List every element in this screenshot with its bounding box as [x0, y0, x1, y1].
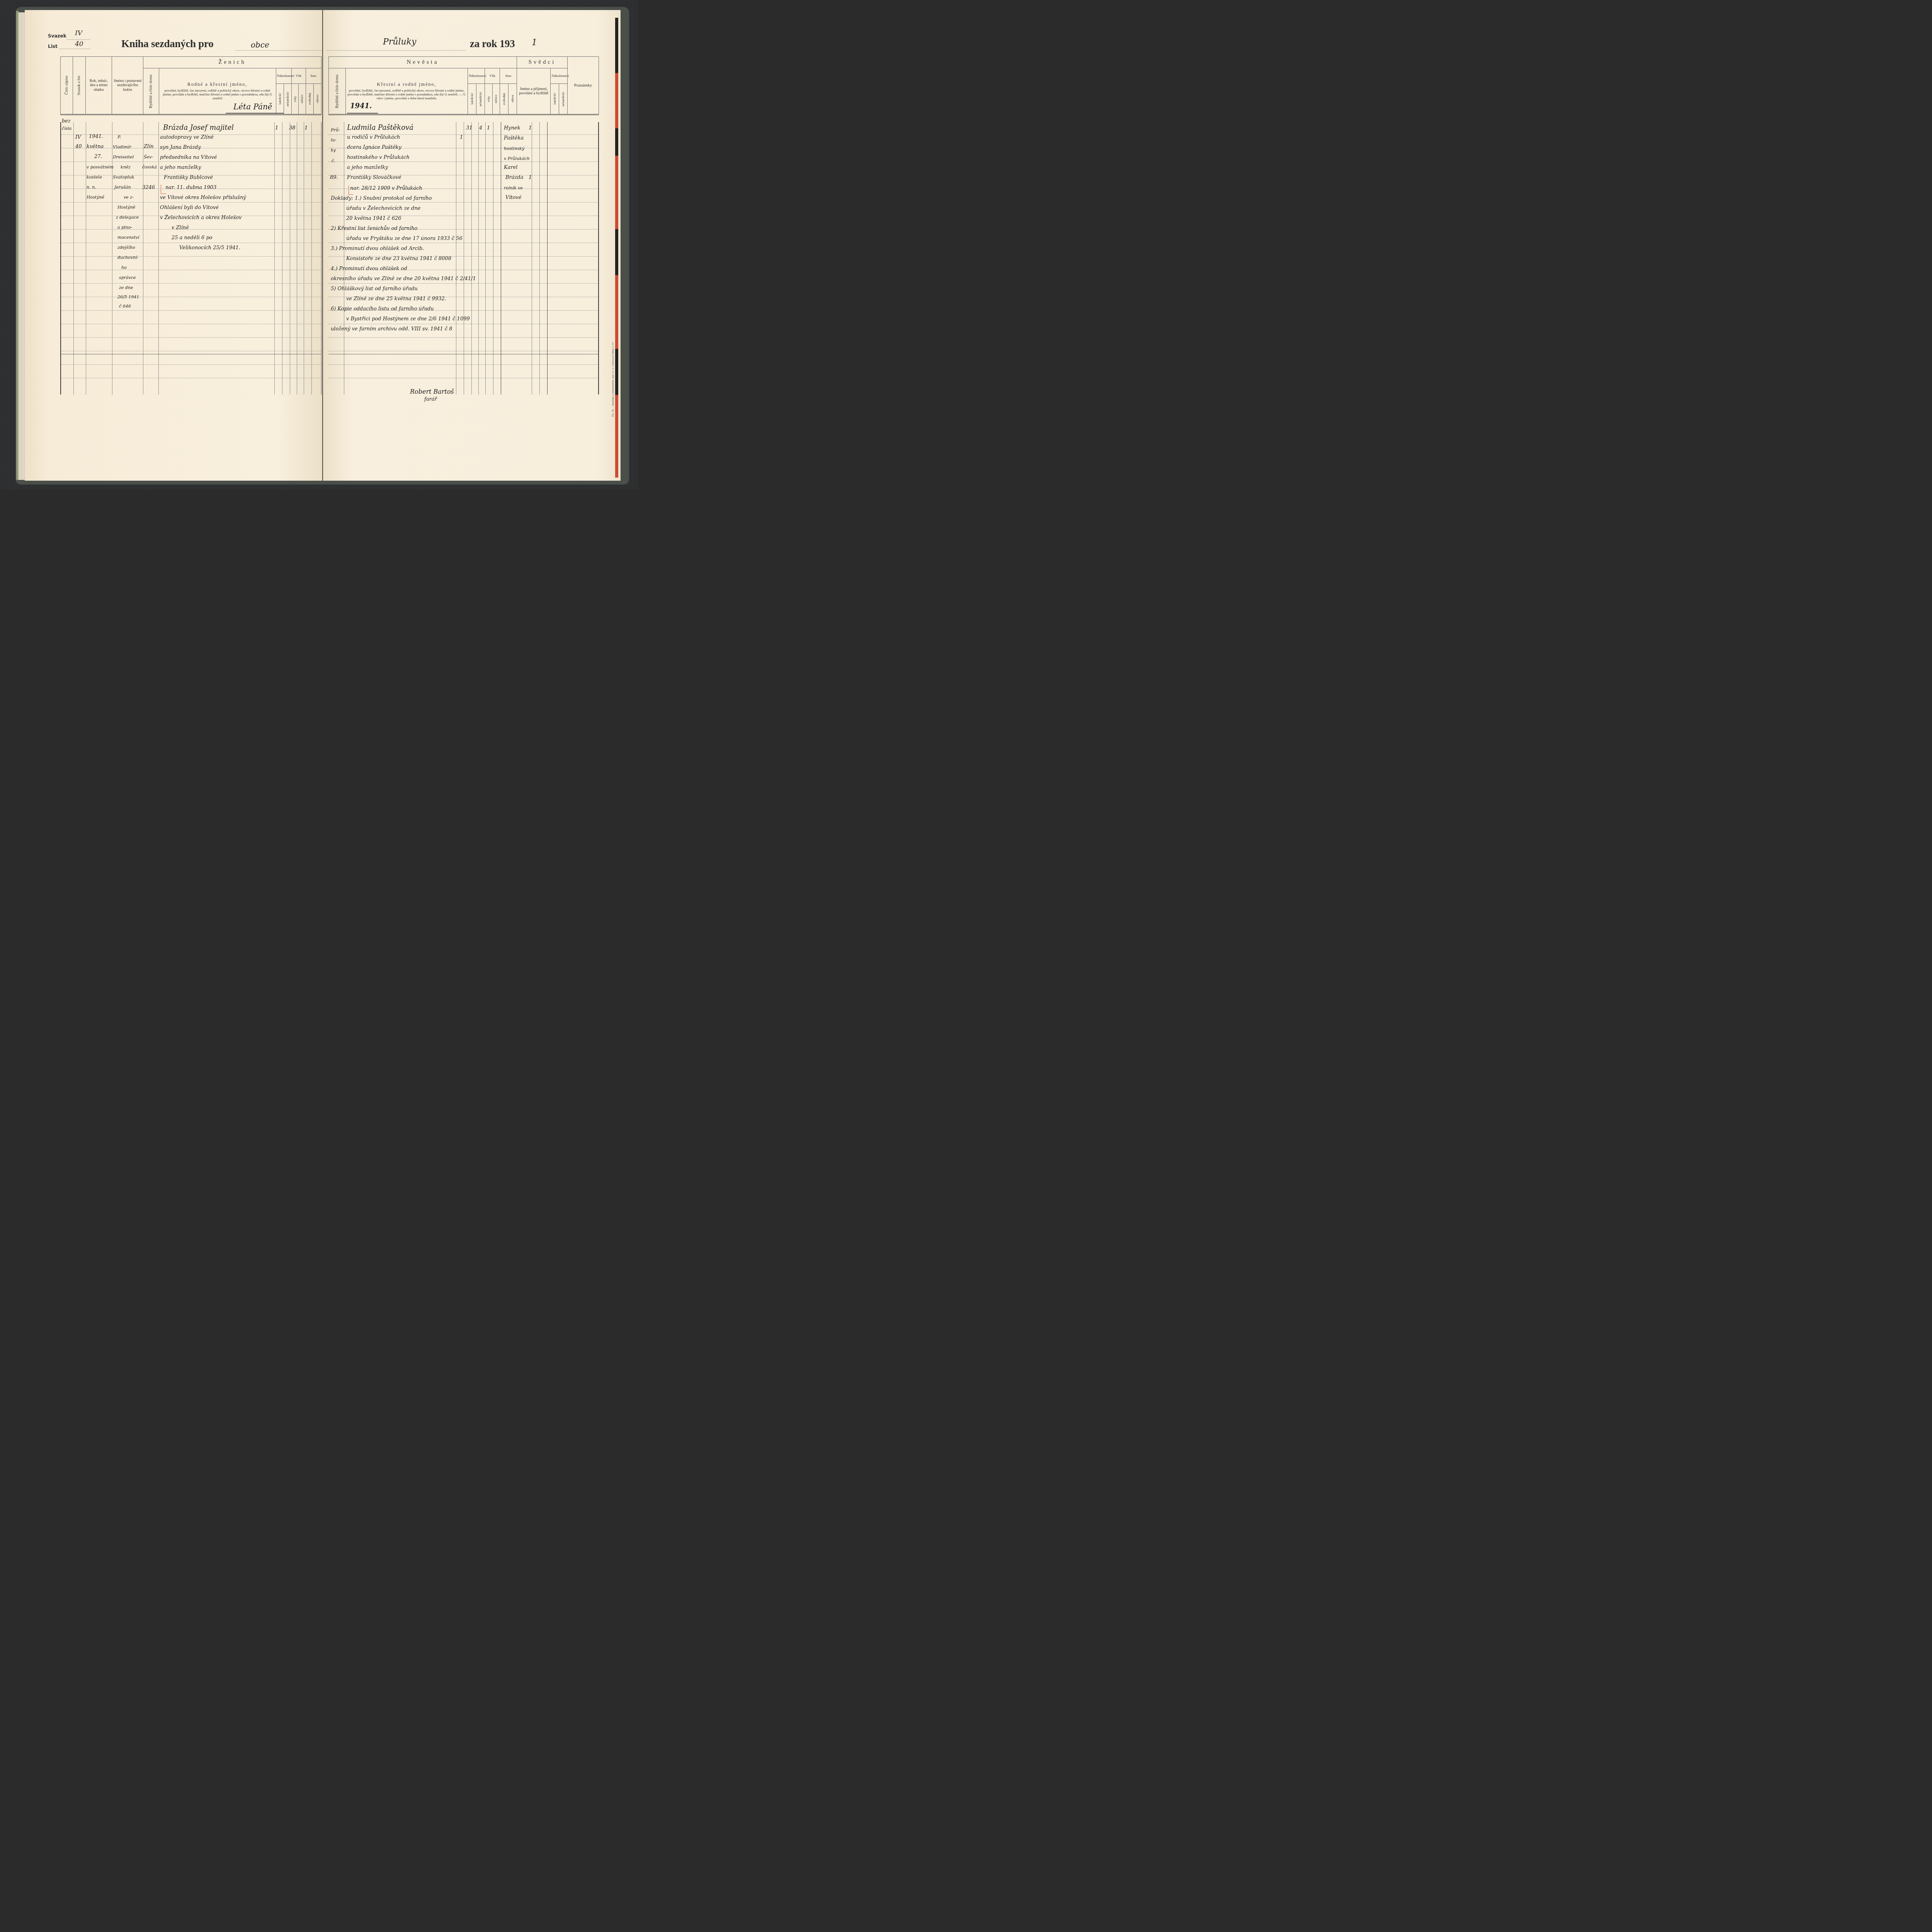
entry-svazek: IV	[75, 134, 81, 140]
col-bride-katolicke: katolické	[468, 84, 476, 115]
year-label: za rok 193	[470, 38, 515, 50]
col-bride-vek: Věk	[485, 68, 500, 84]
svazek-dots	[67, 39, 90, 40]
witness-1-katolicke: 1	[529, 125, 532, 131]
col-vdovec: vdovec	[313, 84, 321, 115]
col-bride-nekatolicke: nekatolické	[476, 84, 485, 115]
right-page: Průluky za rok 193 1 Nevěsta Svědci Pozn…	[323, 10, 621, 481]
list-label: List	[48, 44, 58, 49]
col-rok-mesic: Rok, měsíc, den a místo sňatku	[85, 57, 112, 115]
witness-2-katolicke: 1	[529, 175, 532, 180]
groom-table-header: Číslo zápisu Svazek a list Rok, měsíc, d…	[60, 56, 321, 115]
list-value: 40	[75, 40, 83, 48]
col-svedci-nabozenstvi: Náboženství	[551, 68, 568, 84]
col-svobodna: svobodná	[500, 84, 509, 115]
col-svedci-jmeno: Jméno a příjmení, povolání a bydliště	[517, 68, 551, 115]
year-fill: 1	[532, 38, 537, 48]
col-svedci-katolicke: katolické	[551, 84, 559, 115]
bride-svobodna: 1	[487, 125, 490, 131]
title-dots	[235, 50, 322, 51]
title-fill-obce: obce	[251, 40, 269, 49]
col-svobodny: svobodný	[306, 84, 313, 115]
col-cislo-zapisu: Číslo zápisu	[61, 57, 73, 115]
col-bydliste: Bydliště a číslo domu	[143, 68, 159, 115]
col-bride-nabozenstvi: Náboženství	[468, 68, 485, 84]
bride-katolicke: 1	[460, 134, 463, 140]
groom-svobodny: 1	[304, 125, 308, 131]
col-jmeno-knez: Jméno i postavení sezdávajícího kněze	[112, 57, 143, 115]
col-nabozenstvi: Náboženství	[276, 68, 291, 84]
col-svedci-nekatolicke: nekatolické	[559, 84, 568, 115]
groom-age-years: 38	[289, 125, 296, 131]
index-tabs	[615, 18, 618, 478]
open-book: Svazek IV List 40 Kniha sezdaných pro ob…	[15, 7, 629, 485]
entry-list: 40	[75, 144, 82, 150]
svazek-label: Svazek	[48, 33, 66, 39]
svazek-value: IV	[75, 29, 82, 37]
section-zenich: Ženich	[143, 57, 321, 68]
col-mesice: měsíce	[299, 84, 306, 115]
col-nekatolicke: nekatolické	[284, 84, 291, 115]
list-dots	[60, 49, 90, 49]
bride-age-months: 4	[479, 125, 482, 131]
entry-closing-line-right	[328, 354, 598, 354]
col-bride-stav: Stav	[500, 68, 517, 84]
place-dots	[327, 50, 466, 51]
col-poznamky: Poznámky	[568, 57, 599, 115]
col-roky: roky	[292, 84, 299, 115]
printer-imprint: Čís. 35 … tiskařské a nakladatelské, spo…	[612, 342, 614, 417]
entry-closing-line	[61, 354, 321, 354]
groom-katolicke: 1	[275, 125, 278, 131]
col-bride-bydliste: Bydliště a číslo domu	[329, 68, 346, 115]
year-underline	[347, 113, 378, 114]
margin-note-1: bez	[62, 118, 71, 124]
col-bride-roky: roky	[485, 84, 493, 115]
left-page: Svazek IV List 40 Kniha sezdaných pro ob…	[25, 10, 322, 481]
heading-leta-pane: Léta Páně	[233, 102, 272, 111]
red-bracket-mark	[161, 185, 166, 194]
col-bride-mesice: měsíce	[492, 84, 500, 115]
bride-age-years: 31	[466, 125, 473, 131]
title-fill-place: Průluky	[383, 37, 416, 47]
year-heading: 1941.	[350, 102, 372, 110]
bride-name: Ludmila Paštěková	[347, 124, 413, 132]
margin-note-2: čísla	[62, 126, 71, 131]
col-katolicke: katolické	[276, 84, 284, 115]
red-bracket-mark-right	[349, 185, 353, 195]
register-title: Kniha sezdaných pro	[121, 38, 213, 50]
section-nevesta: Nevěsta	[329, 57, 517, 68]
groom-table-body	[60, 122, 321, 395]
col-stav: Stav	[306, 68, 321, 84]
col-vdova: vdova	[509, 84, 517, 115]
groom-name: Brázda Josef majitel	[163, 124, 234, 132]
heading-underline	[226, 113, 284, 114]
section-svedci: Svědci	[517, 57, 568, 68]
col-svazek-a-list: Svazek a list	[73, 57, 85, 115]
